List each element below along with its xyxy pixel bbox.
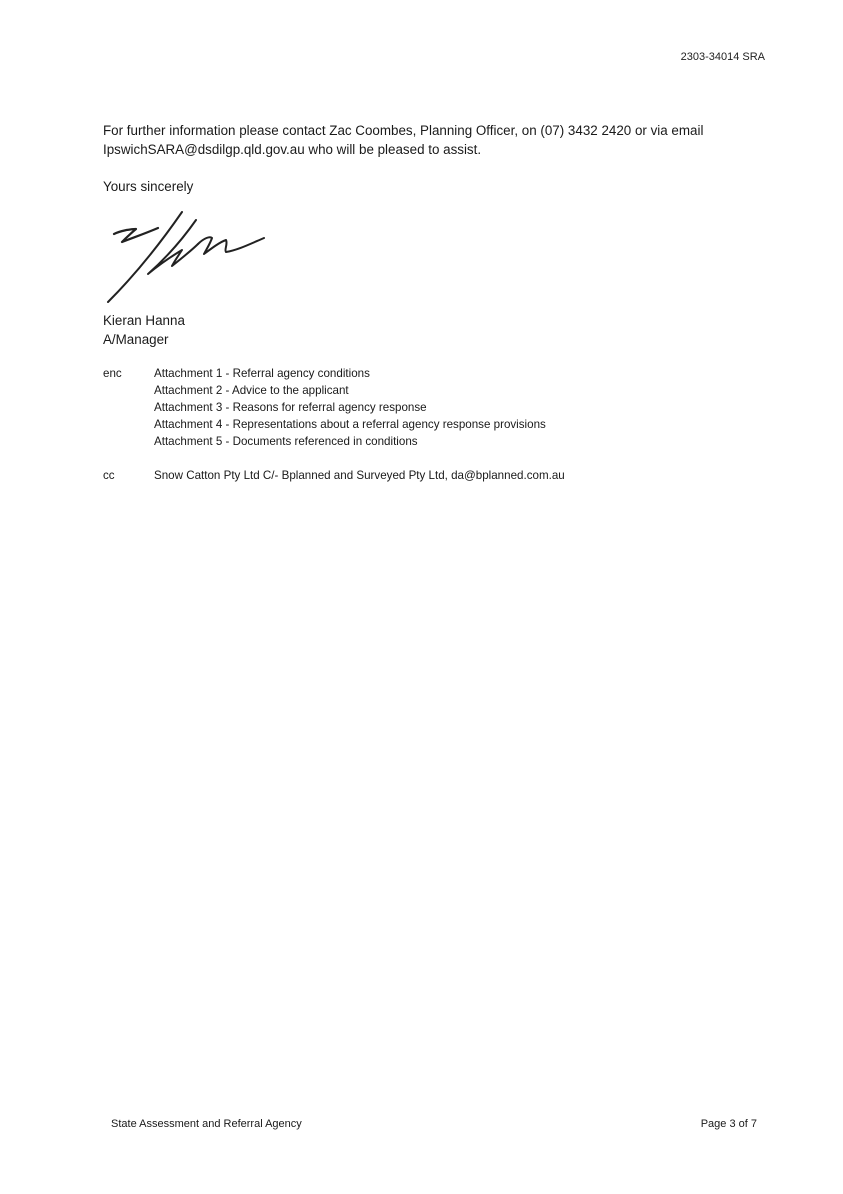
signer-block: Kieran Hanna A/Manager [103, 311, 185, 349]
document-reference: 2303-34014 SRA [681, 51, 765, 63]
cc-block: cc Snow Catton Pty Ltd C/- Bplanned and … [103, 467, 565, 484]
enclosure-item: Attachment 2 - Advice to the applicant [154, 382, 546, 399]
signer-name: Kieran Hanna [103, 311, 185, 330]
signer-title: A/Manager [103, 330, 185, 349]
contact-email-link[interactable]: IpswichSARA@dsdilgp.qld.gov.au [103, 142, 305, 157]
enclosures-label: enc [103, 365, 154, 450]
closing-salutation: Yours sincerely [103, 177, 193, 196]
signature-icon [100, 198, 270, 308]
enclosure-item: Attachment 1 - Referral agency condition… [154, 365, 546, 382]
cc-list: Snow Catton Pty Ltd C/- Bplanned and Sur… [154, 467, 565, 484]
enclosures-block: enc Attachment 1 - Referral agency condi… [103, 365, 546, 450]
enclosure-item: Attachment 5 - Documents referenced in c… [154, 433, 546, 450]
footer-page-number: Page 3 of 7 [701, 1118, 757, 1130]
contact-paragraph-line1: For further information please contact Z… [103, 123, 703, 138]
enclosure-item: Attachment 4 - Representations about a r… [154, 416, 546, 433]
cc-item: Snow Catton Pty Ltd C/- Bplanned and Sur… [154, 467, 565, 484]
footer-organisation: State Assessment and Referral Agency [111, 1118, 302, 1130]
enclosures-list: Attachment 1 - Referral agency condition… [154, 365, 546, 450]
contact-paragraph-line2: who will be pleased to assist. [305, 142, 481, 157]
enclosure-item: Attachment 3 - Reasons for referral agen… [154, 399, 546, 416]
cc-label: cc [103, 467, 154, 484]
contact-paragraph: For further information please contact Z… [103, 121, 763, 159]
